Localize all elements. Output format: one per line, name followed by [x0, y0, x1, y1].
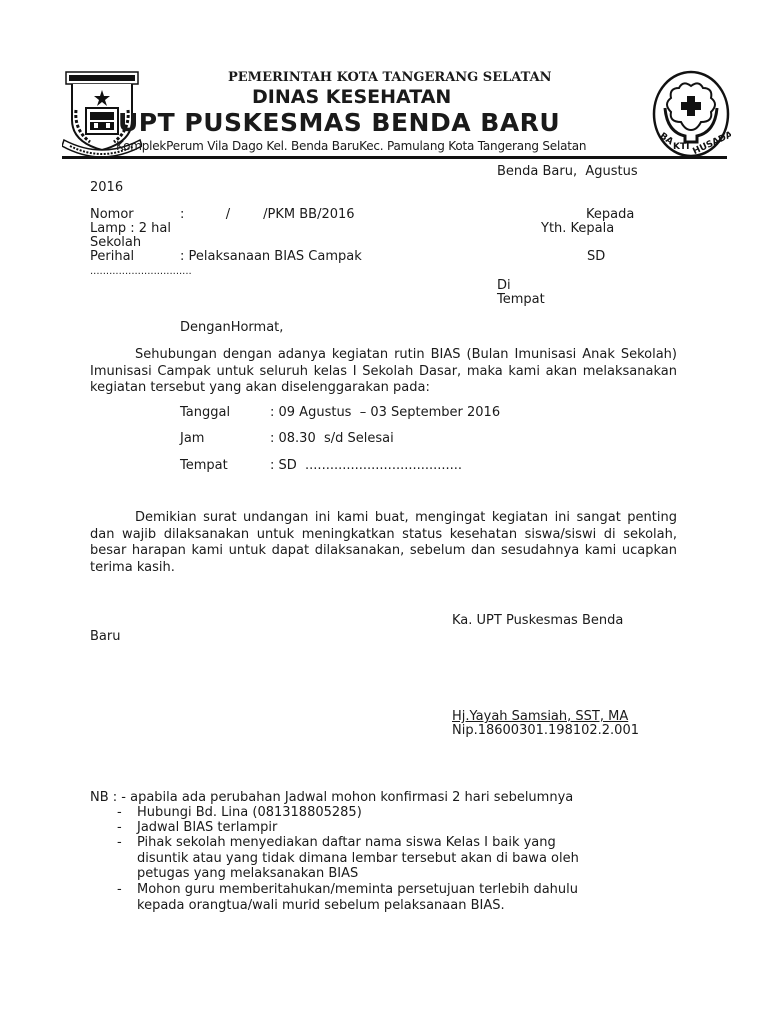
institution-heading: UPT PUSKESMAS BENDA BARU — [118, 108, 560, 138]
signatory-name: Hj.Yayah Samsiah, SST, MA — [452, 709, 628, 724]
recipient-tempat: Tempat — [497, 292, 545, 307]
schedule-value-tempat: : SD ...................................… — [270, 458, 462, 473]
body-paragraph-1: Sehubungan dengan adanya kegiatan rutin … — [90, 347, 677, 397]
bakti-husada-logo: BA KTI HUSADA — [651, 70, 731, 158]
letterhead-divider — [62, 156, 727, 159]
note-item-4-line1: Mohon guru memberitahukan/meminta perset… — [137, 882, 578, 897]
perihal-label: Perihal — [90, 249, 134, 264]
signature-title-line1: Ka. UPT Puskesmas Benda — [452, 613, 623, 628]
date-year: 2016 — [90, 180, 123, 195]
recipient-kepada: Kepada — [586, 207, 634, 222]
recipient-yth: Yth. Kepala — [541, 221, 614, 236]
note-item-2: Jadwal BIAS terlampir — [137, 820, 277, 835]
recipient-sd: SD — [587, 249, 605, 264]
note-item-4-line2: kepada orangtua/wali murid sebelum pelak… — [137, 898, 505, 913]
schedule-label-tanggal: Tanggal — [180, 405, 230, 420]
government-heading: PEMERINTAH KOTA TANGERANG SELATAN — [228, 70, 552, 85]
note-item-3-line1: Pihak sekolah menyediakan daftar nama si… — [137, 835, 556, 850]
recipient-sekolah: Sekolah — [90, 235, 141, 250]
schedule-value-tanggal: : 09 Agustus – 03 September 2016 — [270, 405, 500, 420]
department-heading: DINAS KESEHATAN — [252, 86, 451, 108]
signatory-nip: Nip.18600301.198102.2.001 — [452, 723, 639, 738]
note-first: NB : - apabila ada perubahan Jadwal moho… — [90, 790, 573, 805]
perihal-value: : Pelaksanaan BIAS Campak — [180, 249, 362, 264]
place-date: Benda Baru, Agustus — [497, 164, 638, 179]
salutation: DenganHormat, — [180, 320, 283, 335]
nomor-value: : / /PKM BB/2016 — [180, 207, 355, 222]
dotted-line: ................................ — [90, 264, 192, 279]
signature-title-line2: Baru — [90, 629, 120, 644]
body-paragraph-2: Demikian surat undangan ini kami buat, m… — [90, 510, 677, 576]
note-item-3-line3: petugas yang melaksanakan BIAS — [137, 866, 358, 881]
note-bullet: - — [117, 882, 122, 897]
note-item-1: Hubungi Bd. Lina (081318805285) — [137, 805, 362, 820]
lamp: Lamp : 2 hal — [90, 221, 171, 236]
recipient-di: Di — [497, 278, 511, 293]
note-item-3-line2: disuntik atau yang tidak dimana lembar t… — [137, 851, 579, 866]
schedule-value-jam: : 08.30 s/d Selesai — [270, 431, 394, 446]
svg-text:KTI: KTI — [673, 142, 689, 152]
schedule-label-tempat: Tempat — [180, 458, 228, 473]
address-line: KomplekPerum Vila Dago Kel. Benda BaruKe… — [116, 139, 586, 154]
note-bullet: - — [117, 820, 122, 835]
nomor-label: Nomor — [90, 207, 134, 222]
note-bullet: - — [117, 835, 122, 850]
bakti-husada-icon: BA KTI HUSADA — [651, 70, 731, 158]
note-bullet: - — [117, 805, 122, 820]
schedule-label-jam: Jam — [180, 431, 204, 446]
